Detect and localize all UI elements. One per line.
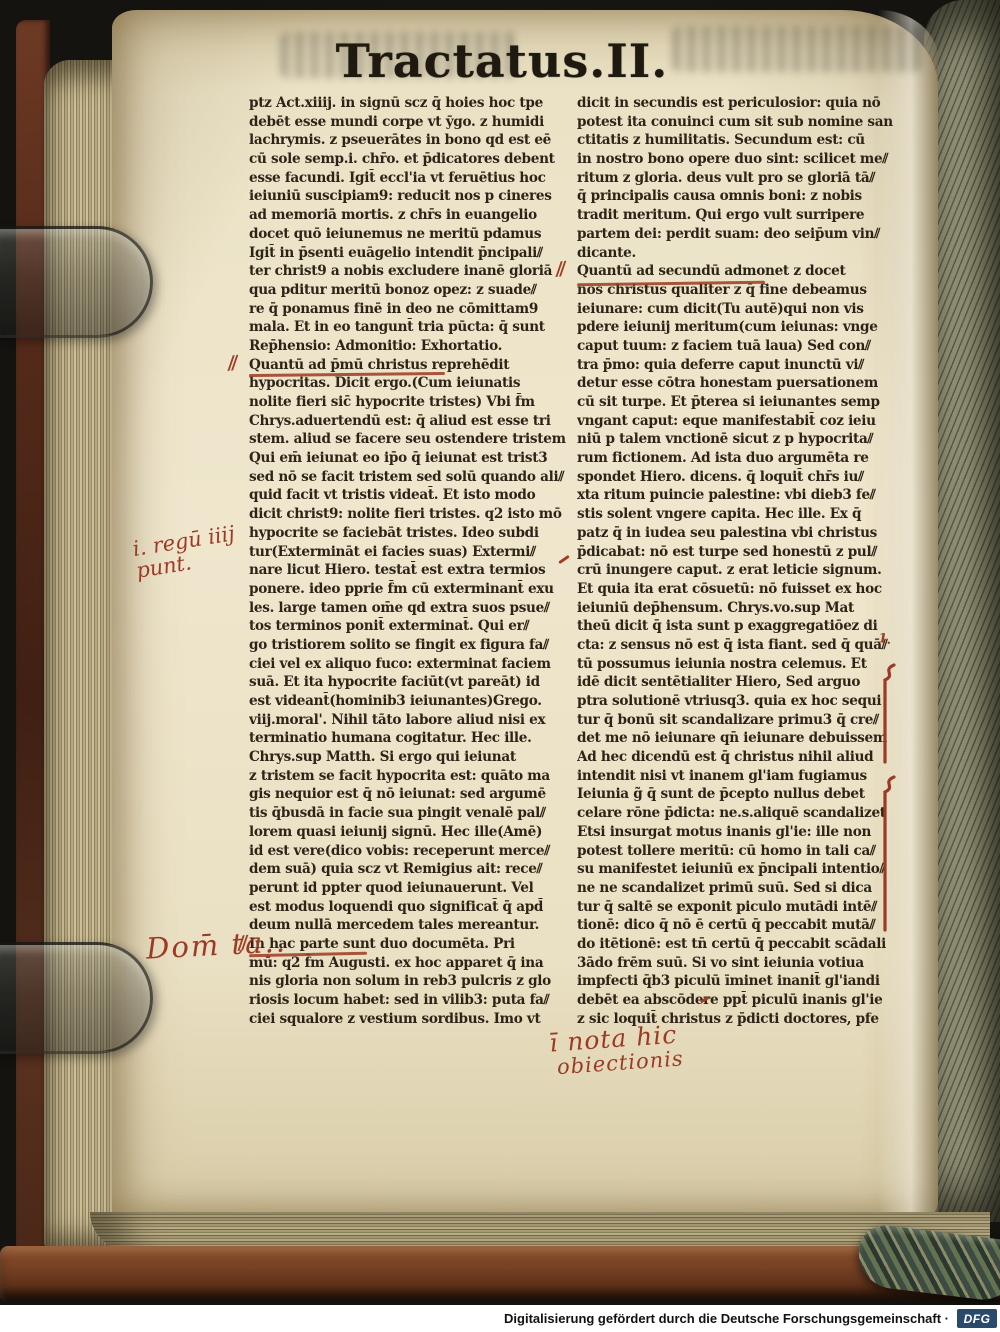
text-line: nolite fieri sic̄ hypocrite tristes) Vbi… <box>249 393 577 412</box>
text-line: cū sit turpe. Et p̄terea si ieiunantes s… <box>577 393 913 412</box>
text-line: potest tollere meritū: cū homo in tali c… <box>577 842 913 861</box>
text-line: rum fictionem. Ad ista duo argumēta re <box>577 449 913 468</box>
text-line: Etsi insurgat motus inanis gl'ie: ille n… <box>577 823 913 842</box>
text-line: terminatio humana cogitatur. Hec ille. <box>249 729 577 748</box>
dfg-logo: DFG <box>957 1309 997 1328</box>
text-line: id est vere(dico vobis: receperunt merce… <box>249 842 577 861</box>
text-line: niū p talem vnctionē sicut z p hypocrita… <box>577 430 913 449</box>
text-line: intendit nisi vt inanem gl'iam fugiamus <box>577 767 913 786</box>
page-content: Tractatus.II. ptz Act.xiiij. in signū sc… <box>112 10 938 1228</box>
text-line: cta: z sensus nō est q̄ ista fiant. sed … <box>577 636 913 655</box>
text-line: dicit christ9: nolite fieri tristes. q2 … <box>249 505 577 524</box>
text-line: idē dicit sentētialiter Hiero, Sed arguo <box>577 673 913 692</box>
text-line: Qui em̄ ieiunat eo ip̄o q̄ ieiunat est t… <box>249 449 577 468</box>
book-board-leather-edge <box>0 1246 1000 1300</box>
text-line: cū sole semp.i. chr̄o. et p̄dicatores de… <box>249 150 577 169</box>
text-line: qua pditur meritū bonoz opez: z suade⫽ <box>249 281 577 300</box>
text-line: caput tuum: z faciem tuā laua) Sed con⫽ <box>577 337 913 356</box>
text-line: pdere ieiunij meritum(cum ieiunas: vnge <box>577 318 913 337</box>
text-line: tra p̄mo: quia deferre caput inunctū vi⫽ <box>577 356 913 375</box>
text-line: gis nequior est q̄ nō ieiunat: sed argum… <box>249 785 577 804</box>
text-line: z tristem se facit hypocrita est: quāto … <box>249 767 577 786</box>
text-line: tur q̄ bonū sit scandalizare primu3 q̄ c… <box>577 711 913 730</box>
margin-note-bottom: ī nota hic obiectionis <box>548 1021 684 1078</box>
text-line: dem suā) quia scz vt Remigius ait: rece⫽ <box>249 860 577 879</box>
text-line: theū dicit q̄ ista sunt p exaggregatiōez… <box>577 617 913 636</box>
book-photo-background: Tractatus.II. ptz Act.xiiij. in signū sc… <box>0 0 1000 1305</box>
margin-mark: 1. <box>877 631 893 648</box>
plexiglass-clamp <box>0 942 153 1054</box>
text-line: vngant caput: eque manifestabit̄ coz iei… <box>577 412 913 431</box>
text-line: riosis locum habet: sed in vilib3: puta … <box>249 991 577 1010</box>
text-line: ctitatis z humilitatis. Secundum est: cū <box>577 131 913 150</box>
text-line: ptz Act.xiiij. in signū scz q̄ hoies hoc… <box>249 94 577 113</box>
text-line: Chrys.aduertendū est: q̄ aliud est esse … <box>249 412 577 431</box>
text-line: nare licut Hiero. testat̄ est extra term… <box>249 561 577 580</box>
text-line: stis solent vngere capita. Hec ille. Ex … <box>577 505 913 524</box>
text-line: potest ita conuinci cum sit sub nomine s… <box>577 113 913 132</box>
text-line: Ad hec dicendū est q̄ christus nihil ali… <box>577 748 913 767</box>
text-line: do itētionē: est tn̄ certū q̄ peccabit s… <box>577 935 913 954</box>
text-line: perunt id ppter quod ieiunauerunt. Vel <box>249 879 577 898</box>
text-line: q̄ principalis causa omnis boni: z nobis <box>577 187 913 206</box>
text-line: lorem quasi ieiunij signū. Hec ille(Amē) <box>249 823 577 842</box>
text-line: 3ādo frēm suū. Si vo sint ieiunia votiua <box>577 954 913 973</box>
text-line: viij.moral'. Nihil tāto labore aliud nis… <box>249 711 577 730</box>
text-line: quid facit vt tristis videat̄. Et isto m… <box>249 486 577 505</box>
text-line: crū inungere caput. z erat leticie signu… <box>577 561 913 580</box>
text-line: mala. Et in eo tangunt̄ tria pūcta: q̄ s… <box>249 318 577 337</box>
margin-note-left: Dom̄ ta.. <box>145 926 287 964</box>
text-line: les. large tamen om̄e qd extra suos psue… <box>249 599 577 618</box>
text-line: Quantū ad secundū admonet z docet <box>577 262 913 281</box>
margin-bracket <box>876 662 900 766</box>
text-line: tionē: dico q̄ nō ē certū q̄ peccabit mu… <box>577 916 913 935</box>
text-line: det me nō ieiunare qn̄ ieiunare debuisse… <box>577 729 913 748</box>
text-line: ieiuniū suscipiam9: reducit nos p cinere… <box>249 187 577 206</box>
text-line: ptra solutionē vtriusq3. quia ex hoc seq… <box>577 692 913 711</box>
text-column-left: ptz Act.xiiij. in signū scz q̄ hoies hoc… <box>249 94 577 1032</box>
text-line: tū possumus ieiunia nostra celemus. Et <box>577 655 913 674</box>
text-line: ter christ9 a nobis excludere inanē glor… <box>249 262 577 281</box>
text-line: ciei squalore z vestium sordibus. Imo vt <box>249 1010 577 1029</box>
page-title: Tractatus.II. <box>112 34 892 88</box>
text-line: lachrymis. z pseuerātes in bono qd est e… <box>249 131 577 150</box>
text-line: go tristiorem solito se fingit ex figura… <box>249 636 577 655</box>
text-line: debēt ea abscōdere ppt̄ piculū inanis gl… <box>577 991 913 1010</box>
plexiglass-clamp <box>0 226 153 338</box>
text-line: partem dei: perdit suam: deo seip̄um vin… <box>577 225 913 244</box>
text-line: debēt esse mundi corpe vt ȳgo. z humidi <box>249 113 577 132</box>
text-line: su manifestet ieiuniū ex p̄ncipali inten… <box>577 860 913 879</box>
text-line: ne ne scandalizet primū suū. Sed si dica <box>577 879 913 898</box>
text-line: sed nō se facit tristem sed solū quando … <box>249 468 577 487</box>
text-line: dicante. <box>577 244 913 263</box>
text-line: ieiunare: cum dicit(Tu autē)qui non vis <box>577 300 913 319</box>
text-line: tradit meritum. Qui ergo vult surripere <box>577 206 913 225</box>
text-line: ad memoriā mortis. z chr̄s in euangelio <box>249 206 577 225</box>
text-line: ciei vel ex aliquo fuco: exterminat faci… <box>249 655 577 674</box>
text-line: stem. aliud se facere seu ostendere tris… <box>249 430 577 449</box>
text-line: docet quō ieiunemus ne meritū pdamus <box>249 225 577 244</box>
text-line: hypocritas. Dicit ergo.(Cum ieiunatis <box>249 374 577 393</box>
text-line: spondet Hiero. dicens. q̄ loquit̄ chr̄s … <box>577 468 913 487</box>
margin-bracket <box>876 774 900 934</box>
text-line: Rep̄hensio: Admonitio: Exhortatio. <box>249 337 577 356</box>
text-line: Ieiunia g̃ q̄ sunt de p̄cepto nullus deb… <box>577 785 913 804</box>
text-line: nis gloria non solum in reb3 pulcris z g… <box>249 972 577 991</box>
text-line: mū: q2 f̄m Augusti. ex hoc apparet q̄ in… <box>249 954 577 973</box>
text-line: esse facundi. Igit̄ eccl'ia vt feruētius… <box>249 169 577 188</box>
text-line: deum nullā mercedem tales mereantur. <box>249 916 577 935</box>
text-line: ponere. ideo pprie f̄m cū exterminant̄ e… <box>249 580 577 599</box>
text-line: est videant̄(hominib3 ieiunantes)Grego. <box>249 692 577 711</box>
text-line: est modus loquendi quo significat̄ q̄ ap… <box>249 898 577 917</box>
text-line: detur esse cōtra honestam puersationem <box>577 374 913 393</box>
text-line: In hac parte sunt duo documēta. Pri <box>249 935 577 954</box>
text-line: suā. Et ita hypocrite faciūt(vt pareāt) … <box>249 673 577 692</box>
text-line: Igit̄ in p̄senti euāgelio intendit p̄nci… <box>249 244 577 263</box>
rubric-pilcrow: ∥ <box>224 354 240 375</box>
text-line: Chrys.sup Matth. Si ergo qui ieiunat <box>249 748 577 767</box>
text-line: ritum z gloria. deus vult pro se gloriā … <box>577 169 913 188</box>
text-line: tis q̄busdā in facie sua pingit venalē p… <box>249 804 577 823</box>
footer-credit-text: Digitalisierung gefördert durch die Deut… <box>504 1311 949 1326</box>
text-line: in nostro bono opere duo sint: scilicet … <box>577 150 913 169</box>
page-edge-stack-bottom <box>90 1212 990 1250</box>
text-column-right: dicit in secundis est periculosior: quia… <box>577 94 913 1032</box>
text-line: re q̄ ponamus finē in deo ne cōmittam9 <box>249 300 577 319</box>
text-line: Et quia ita erat cōsuetū: nō fuisset ex … <box>577 580 913 599</box>
text-line: tur q̄ saltē se exponit piculo mutādi in… <box>577 898 913 917</box>
text-line: xta ritum puincie palestine: vbi dieb3 f… <box>577 486 913 505</box>
margin-note-left: i. regū iiij punt. <box>131 522 239 582</box>
text-line: tur(Extermināt ei facies suas) Extermi⫽ <box>249 543 577 562</box>
digitization-footer: Digitalisierung gefördert durch die Deut… <box>0 1305 1000 1332</box>
text-line: impfecti q̄b3 piculū īminet inanit̄ gl'i… <box>577 972 913 991</box>
text-line: dicit in secundis est periculosior: quia… <box>577 94 913 113</box>
text-line: p̄dicabat: nō est turpe sed honestū z pu… <box>577 543 913 562</box>
text-line: celare rōne p̄dicta: ne.s.aliquē scandal… <box>577 804 913 823</box>
text-line: patz q̄ in iudea seu palestina vbi chris… <box>577 524 913 543</box>
text-line: hypocrite se faciebāt tristes. Ideo subd… <box>249 524 577 543</box>
text-line: tos terminos ponit̄ exterminat̄. Qui er⫽ <box>249 617 577 636</box>
text-line: ieiuniū dep̄hensum. Chrys.vo.sup Mat <box>577 599 913 618</box>
